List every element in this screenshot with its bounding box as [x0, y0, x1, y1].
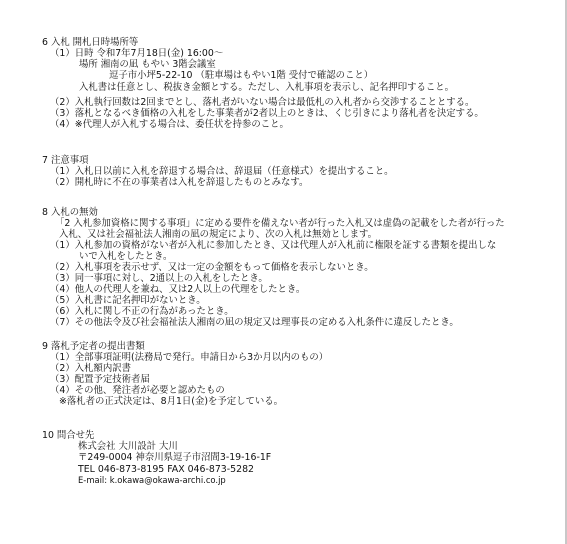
section-10-heading: 10 問合せ先 [42, 430, 94, 441]
section-9-note: ※落札者の正式決定は、8月1日(金)を予定している。 [59, 396, 283, 407]
section-8-item-6: （6）入札に関し不正の行為があったとき。 [50, 306, 234, 317]
section-9-item-2: （2）入札額内訳書 [50, 363, 131, 374]
section-8-item-1a: （1）入札参加の資格がない者が入札に参加したとき、又は代理人が入札前に権限を証す… [50, 240, 496, 251]
section-6-item-2: （2）入札執行回数は2回までとし、落札者がいない場合は最低札の入札者から交渉する… [50, 97, 474, 108]
contact-phone-fax: TEL 046-873-8195 FAX 046-873-5282 [78, 464, 254, 475]
section-8-item-7: （7）その他法令及び社会福祉法人湘南の凪の規定又は理事長の定める入札条件に違反し… [50, 317, 459, 328]
section-9-item-4: （4）その他、発注者が必要と認めたもの [50, 385, 225, 396]
section-7-item-1: （1）入札日以前に入札を辞退する場合は、辞退届（任意様式）を提出すること。 [50, 166, 393, 177]
section-7-item-2: （2）開札時に不在の事業者は入札を辞退したものとみなす。 [50, 177, 308, 188]
section-8-heading: 8 入札の無効 [42, 207, 98, 218]
section-7-heading: 7 注意事項 [42, 155, 88, 166]
section-6-address: 逗子市小坪5-22-10 （駐車場はもやい1階 受付で確認のこと） [109, 70, 373, 81]
section-8-item-3: （3）同一事項に対し、2通以上の入札をしたとき。 [50, 273, 268, 284]
contact-address: 〒249-0004 神奈川県逗子市沼間3-19-16-1F [78, 452, 271, 463]
section-8-intro-1: 「2 入札参加資格に関する事項」に定める要件を備えない者が行った入札又は虚偽の記… [55, 218, 505, 229]
section-8-item-2: （2）入札事項を表示せず、又は一定の金額をもって価格を表示しないとき。 [50, 262, 374, 273]
section-6-place: 場所 湘南の凪 もやい 3階会議室 [79, 59, 216, 70]
section-6-item-3: （3）落札となるべき価格の入札をした事業者が2者以上のときは、くじ引きにより落札… [50, 108, 484, 119]
section-8-item-5: （5）入札書に記名押印がないとき。 [50, 295, 206, 306]
section-8-item-4: （4）他人の代理人を兼ね、又は2人以上の代理をしたとき。 [50, 284, 305, 295]
section-9-item-1: （1）全部事項証明(法務局で発行。申請日から3か月以内のもの） [50, 352, 328, 363]
contact-email: E-mail: k.okawa@okawa-archi.co.jp [78, 475, 226, 486]
section-6-note: 入札書は任意とし、税抜き金額とする。ただし、入札事項を表示し、記名押印すること。 [79, 82, 454, 93]
section-8-intro-2: 入札、又は社会福祉法人湘南の凪の規定により、次の入札は無効とします。 [59, 229, 377, 240]
section-6-datetime: （1）日時 令和7年7月18日(金) 16:00～ [50, 48, 223, 59]
section-9-item-3: （3）配置予定技術者届 [50, 374, 150, 385]
section-6-heading: 6 入札 開札日時場所等 [42, 37, 138, 48]
section-8-item-1b: いで入札をしたとき。 [79, 251, 172, 262]
contact-company: 株式会社 大川設計 大川 [78, 441, 178, 452]
section-9-heading: 9 落札予定者の提出書類 [42, 341, 145, 352]
section-6-item-4: （4）※代理人が入札する場合は、委任状を持参のこと。 [50, 119, 289, 130]
